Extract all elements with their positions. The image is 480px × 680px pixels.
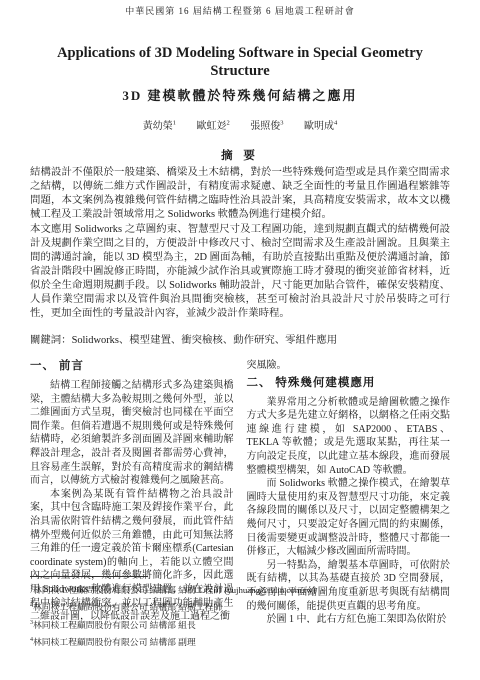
- footnote-text: 林同棪工程顧問股份有限公司 結構部 組長: [33, 620, 196, 630]
- author-name: 黃幼榮: [143, 121, 173, 132]
- author-superscript: 4: [334, 120, 337, 127]
- footnote-text: 林同棪工程顧問股份有限公司 結構部 結構工程師: [33, 602, 222, 612]
- paper-title-en: Applications of 3D Modeling Software in …: [30, 44, 450, 80]
- section-heading-intro: 一、 前言: [30, 359, 234, 374]
- footnote-divider: [30, 576, 148, 577]
- body-paragraph: 結構工程師接觸之結構形式多為建築與橋梁，主體結構大多為較規則之幾何外型，並以二維…: [30, 379, 234, 488]
- footnote-item: 3林同棪工程顧問股份有限公司 結構部 組長: [30, 616, 450, 633]
- footnote-text: 林同棪工程顧問股份有限公司 結構部 副理: [33, 637, 196, 647]
- section-heading-modeling: 二、 特殊幾何建模應用: [247, 376, 451, 391]
- paragraph-continuation: 突風險。: [247, 359, 451, 373]
- keywords-text: Solidworks、模型建置、衝突檢核、動作研究、零組件應用: [72, 335, 338, 346]
- conference-header: 中華民國第 16 屆結構工程暨第 6 屆地震工程研討會: [30, 5, 450, 17]
- author-2: 歐虹彣2: [197, 121, 230, 132]
- author-4: 歐明成4: [304, 121, 337, 132]
- keywords-label: 關鍵詞：: [30, 335, 72, 346]
- author-name: 張照俊: [250, 121, 280, 132]
- authors-line: 黃幼榮1 歐虹彣2 張照俊3 歐明成4: [30, 117, 450, 132]
- abstract-heading: 摘 要: [30, 147, 450, 163]
- abstract-paragraph: 結構設計不僅限於一般建築、橋梁及土木結構，對於一些特殊幾何造型或是具作業空間需求…: [30, 166, 450, 222]
- keywords-line: 關鍵詞：Solidworks、模型建置、衝突檢核、動作研究、零組件應用: [30, 334, 450, 348]
- paper-title-zh: 3D 建模軟體於特殊幾何結構之應用: [30, 87, 450, 104]
- author-superscript: 1: [173, 120, 176, 127]
- author-1: 黃幼榮1: [143, 121, 176, 132]
- footnote-item: 4林同棪工程顧問股份有限公司 結構部 副理: [30, 633, 450, 650]
- abstract-paragraph: 本文應用 Solidworks 之草圖約束、智慧型尺寸及工程圖功能，達到規劃直觀…: [30, 223, 450, 321]
- footnote-text: 林同棪工程顧問股份有限公司 結構部 結構工程師 (yujhuang@tylin.…: [33, 585, 316, 595]
- author-name: 歐明成: [304, 121, 334, 132]
- footnote-item: 2林同棪工程顧問股份有限公司 結構部 結構工程師: [30, 598, 450, 615]
- footnote-item: 1林同棪工程顧問股份有限公司 結構部 結構工程師 (yujhuang@tylin…: [30, 581, 450, 598]
- abstract-section: 結構設計不僅限於一般建築、橋梁及土木結構，對於一些特殊幾何造型或是具作業空間需求…: [30, 166, 450, 321]
- paper-page: 中華民國第 16 屆結構工程暨第 6 屆地震工程研討會 Applications…: [0, 0, 480, 680]
- author-3: 張照俊3: [250, 121, 283, 132]
- body-paragraph: 業界常用之分析軟體或是繪圖軟體之操作方式大多是先建立好網格，以網格之任兩交點連線…: [247, 396, 451, 478]
- author-superscript: 3: [280, 120, 283, 127]
- author-superscript: 2: [227, 120, 230, 127]
- author-name: 歐虹彣: [197, 121, 227, 132]
- footnotes-section: 1林同棪工程顧問股份有限公司 結構部 結構工程師 (yujhuang@tylin…: [30, 576, 450, 651]
- body-paragraph: 而 Solidworks 軟體之操作模式，在繪製草圖時大量使用約束及智慧型尺寸功…: [247, 477, 451, 559]
